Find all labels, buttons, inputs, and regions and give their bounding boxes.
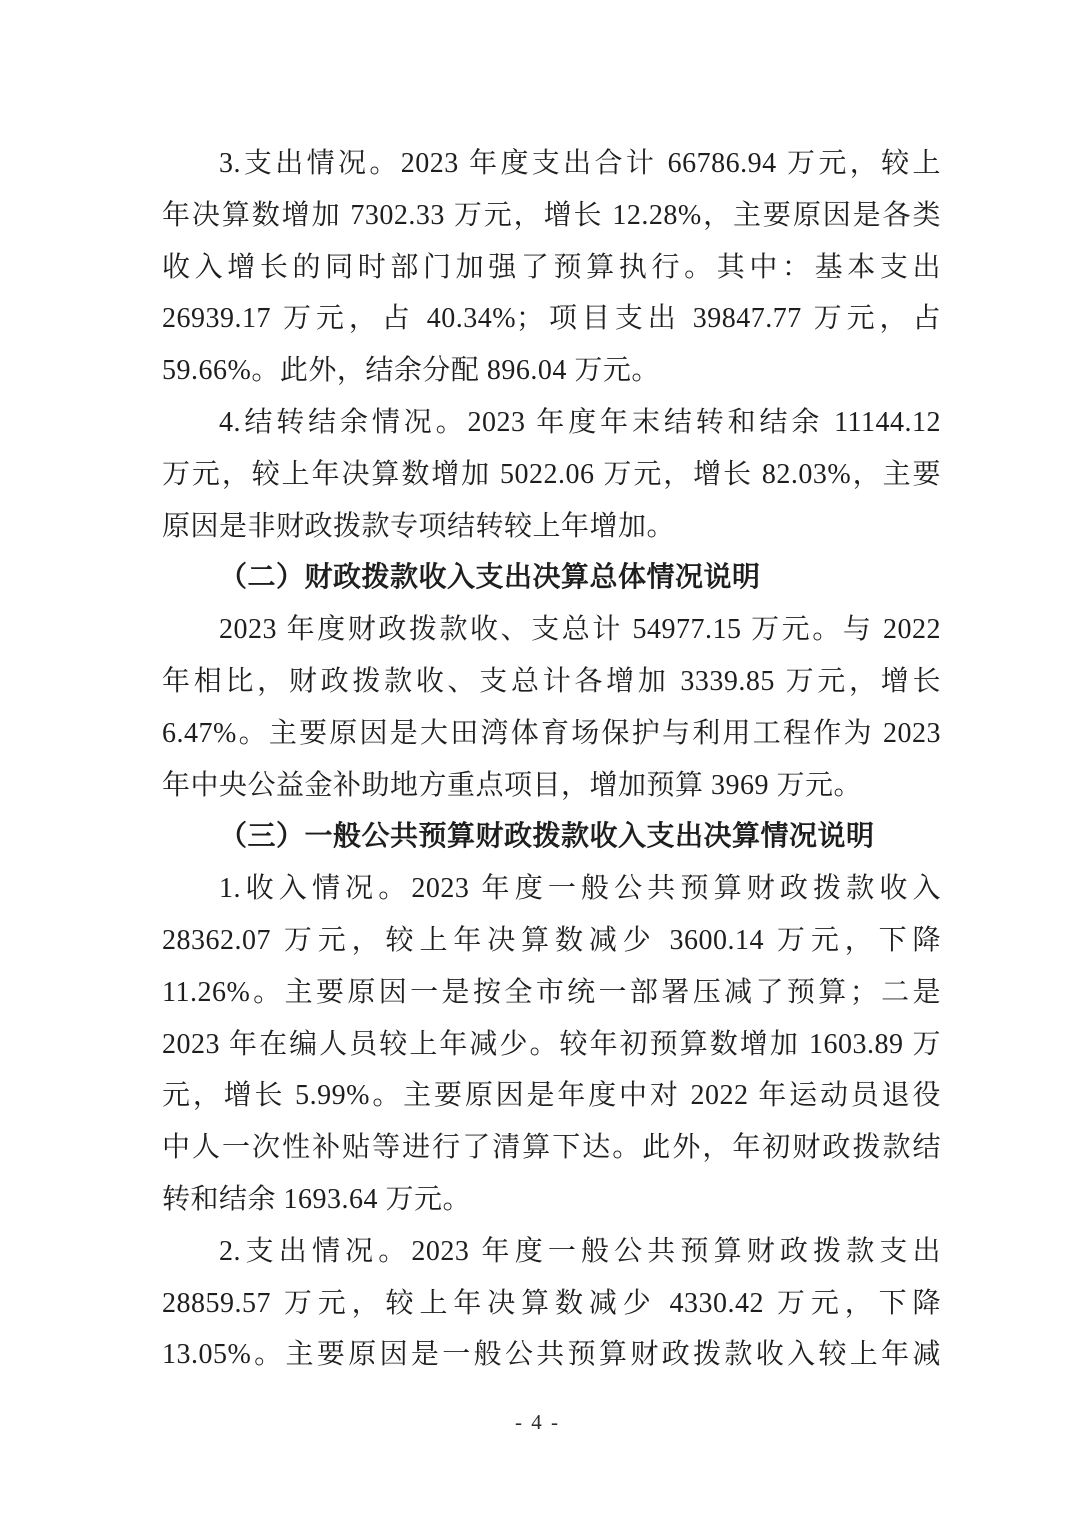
text-line: 元，增长 5.99%。主要原因是年度中对 2022 年运动员退役费、 <box>162 1070 941 1122</box>
text-line: 中人一次性补贴等进行了清算下达。此外，年初财政拨款结 <box>162 1122 941 1174</box>
document-page: 3.支出情况。2023 年度支出合计 66786.94 万元，较上 年决算数增加… <box>0 0 1075 1520</box>
text-line: 13.05%。主要原因是一般公共预算财政拨款收入较上年减 <box>162 1329 941 1381</box>
text-line: 年决算数增加 7302.33 万元，增长 12.28%，主要原因是各类 <box>162 190 941 242</box>
text-line: 28859.57 万元，较上年决算数减少 4330.42 万元，下降 <box>162 1278 941 1330</box>
text-line: 3.支出情况。2023 年度支出合计 66786.94 万元，较上 <box>162 138 941 190</box>
text-line: 59.66%。此外，结余分配 896.04 万元。 <box>162 345 941 397</box>
section-heading-3: （三）一般公共预算财政拨款收入支出决算情况说明 <box>162 811 941 863</box>
text-line: 2.支出情况。2023 年度一般公共预算财政拨款支出 <box>162 1226 941 1278</box>
section-heading-2: （二）财政拨款收入支出决算总体情况说明 <box>162 552 941 604</box>
text-line: 26939.17 万元，占 40.34%；项目支出 39847.77 万元，占 <box>162 293 941 345</box>
text-line: 1.收入情况。2023 年度一般公共预算财政拨款收入 <box>162 863 941 915</box>
text-line: 6.47%。主要原因是大田湾体育场保护与利用工程作为 2023 <box>162 708 941 760</box>
page-number: - 4 - <box>0 1406 1075 1438</box>
text-line: 2023 年度财政拨款收、支总计 54977.15 万元。与 2022 <box>162 604 941 656</box>
text-line: 收入增长的同时部门加强了预算执行。其中：基本支出 <box>162 242 941 294</box>
text-line: 2023 年在编人员较上年减少。较年初预算数增加 1603.89 万 <box>162 1019 941 1071</box>
text-line: 转和结余 1693.64 万元。 <box>162 1174 941 1226</box>
document-body: 3.支出情况。2023 年度支出合计 66786.94 万元，较上 年决算数增加… <box>162 138 941 1381</box>
text-line: 万元，较上年决算数增加 5022.06 万元，增长 82.03%，主要 <box>162 449 941 501</box>
text-line: 11.26%。主要原因一是按全市统一部署压减了预算；二是 <box>162 967 941 1019</box>
text-line: 年相比，财政拨款收、支总计各增加 3339.85 万元，增长 <box>162 656 941 708</box>
text-line: 4.结转结余情况。2023 年度年末结转和结余 11144.12 <box>162 397 941 449</box>
text-line: 原因是非财政拨款专项结转较上年增加。 <box>162 501 941 553</box>
text-line: 28362.07 万元，较上年决算数减少 3600.14 万元，下降 <box>162 915 941 967</box>
text-line: 年中央公益金补助地方重点项目，增加预算 3969 万元。 <box>162 760 941 812</box>
